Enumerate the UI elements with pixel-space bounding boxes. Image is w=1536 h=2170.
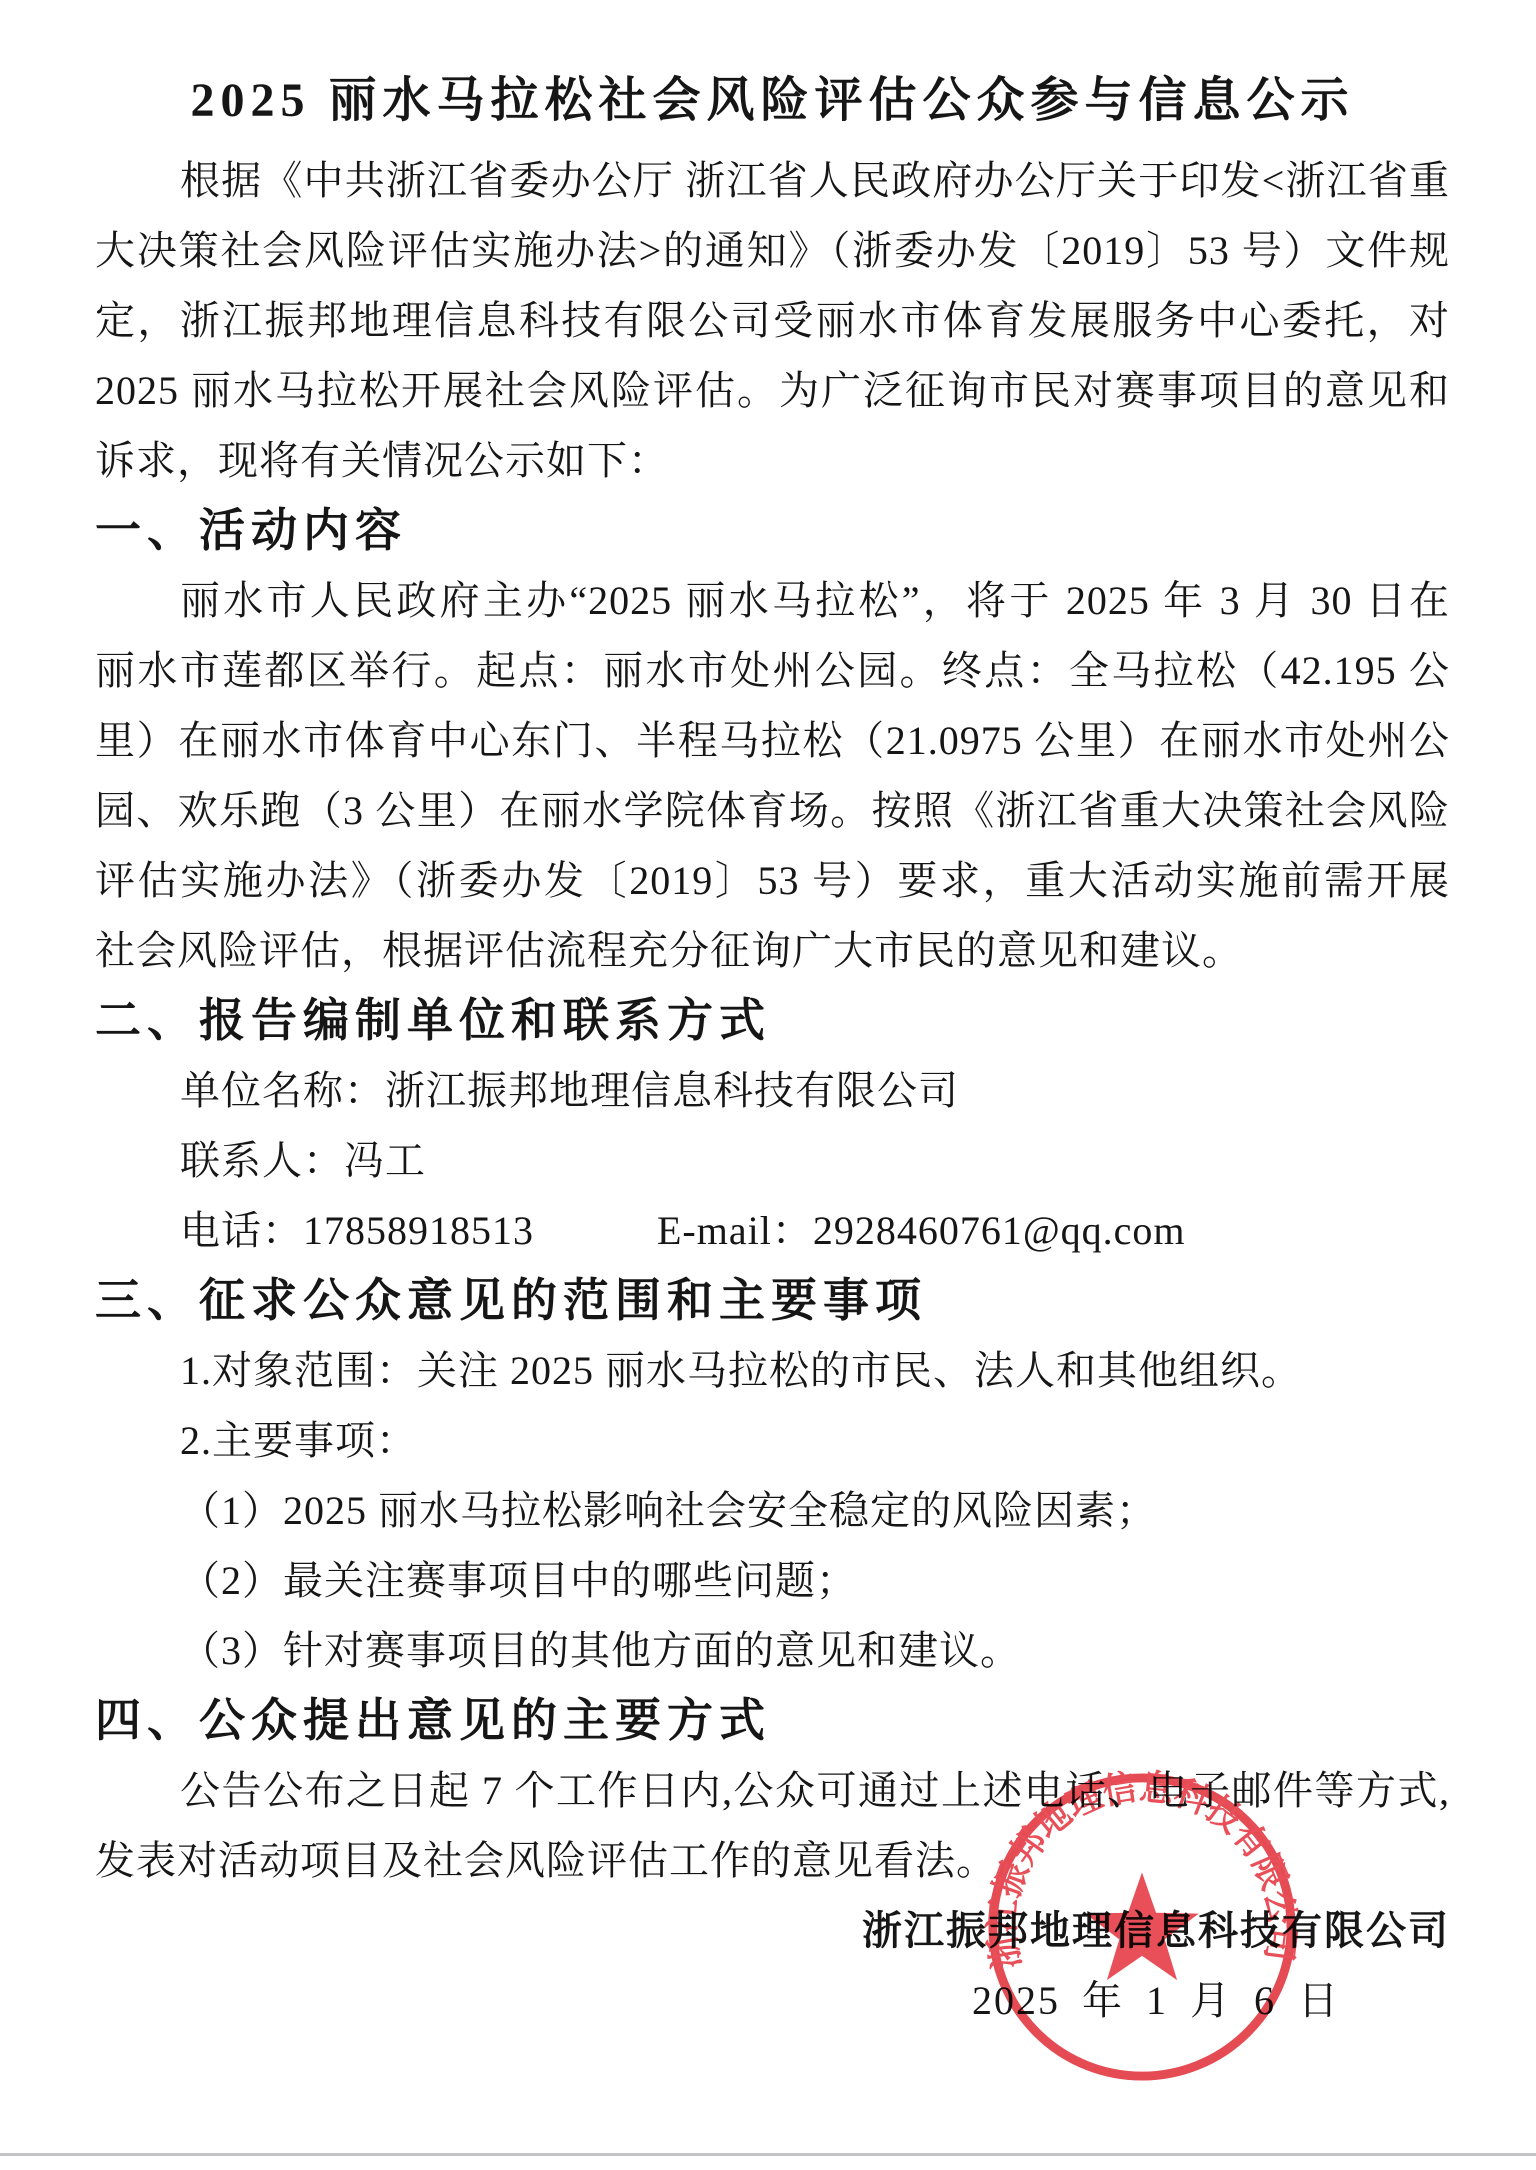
section1-heading: 一、活动内容 — [95, 496, 1450, 566]
intro-line: 诉求，现将有关情况公示如下： — [95, 426, 1450, 496]
unit-name-line: 单位名称：浙江振邦地理信息科技有限公司 — [95, 1056, 1450, 1126]
scan-edge-artifact — [0, 2153, 1536, 2156]
section1-line: 社会风险评估，根据评估流程充分征询广大市民的意见和建议。 — [95, 916, 1450, 986]
section4-heading: 四、公众提出意见的主要方式 — [95, 1686, 1450, 1756]
intro-line: 2025 丽水马拉松开展社会风险评估。为广泛征询市民对赛事项目的意见和 — [95, 356, 1450, 426]
seal-star — [1085, 1872, 1198, 1980]
section3-item: 1.对象范围：关注 2025 丽水马拉松的市民、法人和其他组织。 — [95, 1336, 1450, 1406]
section2-heading: 二、报告编制单位和联系方式 — [95, 986, 1450, 1056]
section3-heading: 三、征求公众意见的范围和主要事项 — [95, 1266, 1450, 1336]
phone-value: 电话：17858918513 — [180, 1208, 534, 1253]
section1-line: 丽水市人民政府主办“2025 丽水马拉松”，将于 2025 年 3 月 30 日… — [95, 566, 1450, 636]
section3-item: 2.主要事项： — [95, 1406, 1450, 1476]
intro-line: 根据《中共浙江省委办公厅 浙江省人民政府办公厅关于印发<浙江省重 — [95, 146, 1450, 216]
section1-line: 里）在丽水市体育中心东门、半程马拉松（21.0975 公里）在丽水市处州公 — [95, 706, 1450, 776]
section1-line: 评估实施办法》（浙委办发〔2019〕53 号）要求，重大活动实施前需开展 — [95, 846, 1450, 916]
email-value: E-mail：2928460761@qq.com — [657, 1208, 1186, 1253]
section3-item: （1）2025 丽水马拉松影响社会安全稳定的风险因素； — [95, 1476, 1450, 1546]
section1-line: 园、欢乐跑（3 公里）在丽水学院体育场。按照《浙江省重大决策社会风险 — [95, 776, 1450, 846]
intro-line: 定，浙江振邦地理信息科技有限公司受丽水市体育发展服务中心委托，对 — [95, 286, 1450, 356]
contact-person-line: 联系人：冯工 — [95, 1126, 1450, 1196]
intro-line: 大决策社会风险评估实施办法>的通知》（浙委办发〔2019〕53 号）文件规 — [95, 216, 1450, 286]
section1-line: 丽水市莲都区举行。起点：丽水市处州公园。终点：全马拉松（42.195 公 — [95, 636, 1450, 706]
company-seal: 浙江振邦地理信息科技有限公司 — [983, 1768, 1301, 2086]
section3-item: （3）针对赛事项目的其他方面的意见和建议。 — [95, 1616, 1450, 1686]
page-title: 2025 丽水马拉松社会风险评估公众参与信息公示 — [95, 70, 1450, 132]
document-page: 2025 丽水马拉松社会风险评估公众参与信息公示 根据《中共浙江省委办公厅 浙江… — [95, 0, 1450, 2036]
section3-item: （2）最关注赛事项目中的哪些问题； — [95, 1546, 1450, 1616]
phone-email-line: 电话：17858918513 E-mail：2928460761@qq.com — [95, 1196, 1450, 1266]
